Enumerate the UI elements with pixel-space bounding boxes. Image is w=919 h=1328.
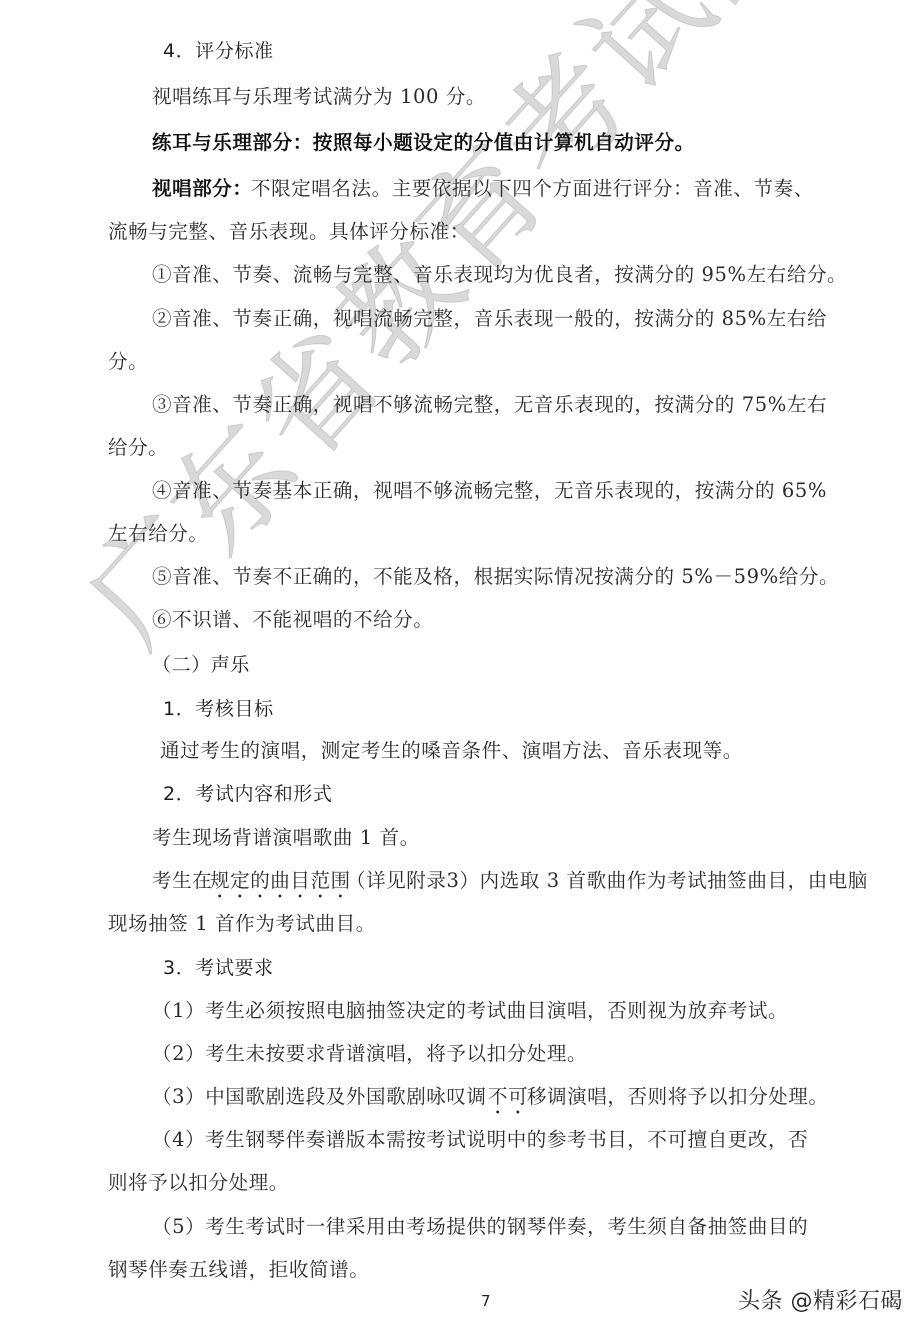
text-line-c6: ⑥不识谱、不能视唱的不给分。 — [152, 607, 433, 633]
text-line-p3a: 不限定唱名法。主要依据以下四个方面进行评分：音准、节奏、 — [251, 176, 814, 202]
text-line-r1: （1）考生必须按照电脑抽签决定的考试曲目演唱，否则视为放弃考试。 — [152, 998, 788, 1024]
text-line-p2: 练耳与乐理部分：按照每小题设定的分值由计算机自动评分。 — [152, 130, 695, 156]
text-line-v3b: 现场抽签 1 首作为考试曲目。 — [108, 911, 376, 937]
text-line-h3: 3．考试要求 — [163, 955, 274, 981]
text-line-v1: 通过考生的演唱，测定考生的嗓音条件、演唱方法、音乐表现等。 — [160, 738, 743, 764]
text-line-c2b: 分。 — [108, 349, 148, 375]
text-line-r4a: （4）考生钢琴伴奏谱版本需按考试说明中的参考书目，不可擅自更改，否 — [152, 1127, 808, 1153]
text-line-r5a: （5）考生考试时一律采用由考场提供的钢琴伴奏，考生须自备抽签曲目的 — [152, 1214, 808, 1240]
text-line-c2a: ②音准、节奏正确，视唱流畅完整，音乐表现一般的，按满分的 85%左右给 — [152, 306, 827, 332]
text-line-h4: 4．评分标准 — [163, 38, 274, 64]
text-line-c3a: ③音准、节奏正确，视唱不够流畅完整，无音乐表现的，按满分的 75%左右 — [152, 392, 827, 418]
text-line-c3b: 给分。 — [108, 435, 168, 461]
text-line-c1: ①音准、节奏、流畅与完整、音乐表现均为优良者，按满分的 95%左右给分。 — [152, 262, 847, 288]
text-line-p1: 视唱练耳与乐理考试满分为 100 分。 — [152, 84, 486, 110]
text-line-r5b: 钢琴伴奏五线谱，拒收简谱。 — [108, 1257, 369, 1283]
text-line-h2: 2．考试内容和形式 — [163, 781, 333, 807]
text-line-v2: 考生现场背谱演唱歌曲 1 首。 — [152, 825, 420, 851]
text-line-r3_emph: 不可 — [488, 1084, 528, 1119]
text-line-r2: （2）考生未按要求背谱演唱，将予以扣分处理。 — [152, 1041, 587, 1067]
text-line-r3_post: 移调演唱，否则将予以扣分处理。 — [527, 1084, 829, 1110]
text-line-c4b: 左右给分。 — [108, 521, 209, 547]
text-line-v3a_emph: 规定的曲目范围 — [210, 868, 351, 903]
text-line-p3a_bold: 视唱部分： — [152, 176, 253, 202]
source-attribution: 头条 @精彩石碣 — [738, 1284, 903, 1315]
text-line-sec2: （二）声乐 — [152, 652, 250, 678]
text-line-v3a_post: （详见附录3）内选取 3 首歌曲作为考试抽签曲目，由电脑 — [346, 868, 868, 894]
text-line-p3b: 流畅与完整、音乐表现。具体评分标准： — [108, 219, 470, 245]
text-line-c5: ⑤音准、节奏不正确的，不能及格，根据实际情况按满分的 5%－59%给分。 — [152, 564, 839, 590]
document-page: 广东省教育考试院 4．评分标准视唱练耳与乐理考试满分为 100 分。练耳与乐理部… — [0, 0, 919, 1328]
text-line-v3a_pre: 考生在 — [152, 868, 212, 894]
text-line-h1: 1．考核目标 — [163, 696, 274, 722]
text-line-r4b: 则将予以扣分处理。 — [108, 1170, 289, 1196]
text-line-r3_pre: （3）中国歌剧选段及外国歌剧咏叹调 — [152, 1084, 487, 1110]
text-line-c4a: ④音准、节奏基本正确，视唱不够流畅完整，无音乐表现的，按满分的 65% — [152, 478, 827, 504]
page-number: 7 — [481, 1292, 491, 1310]
